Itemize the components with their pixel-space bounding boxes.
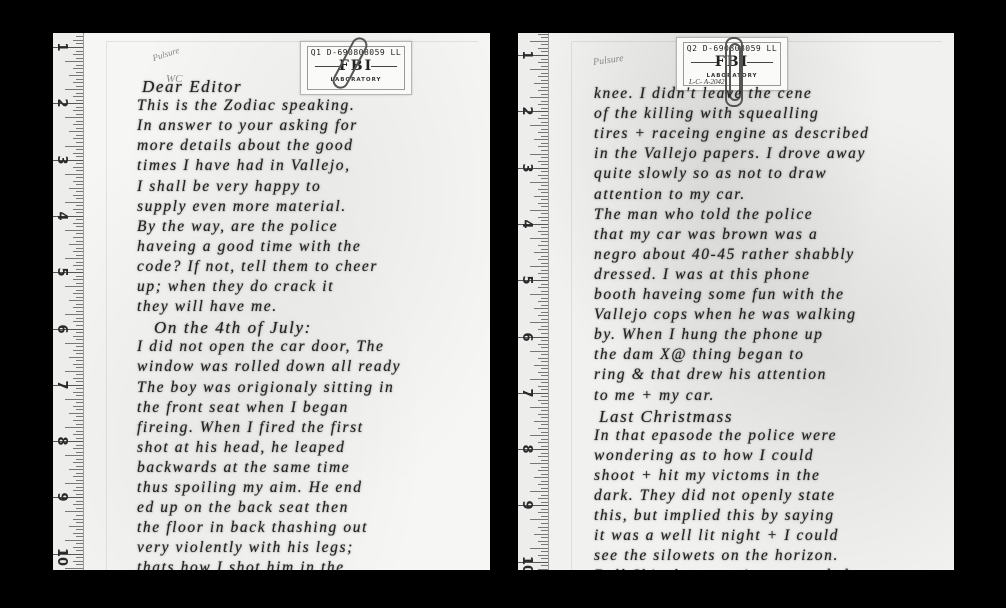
ruler-tick: [76, 269, 83, 270]
ruler-tick: [76, 311, 83, 312]
letter-line: knee. I didn't leave the cene: [594, 85, 812, 103]
ruler-tick: [65, 258, 83, 259]
ruler-tick: [541, 150, 548, 151]
ruler-number: 6: [520, 331, 532, 343]
ruler-number: 1: [55, 41, 67, 53]
ruler-tick: [541, 368, 548, 369]
ruler-tick: [76, 543, 83, 544]
letter-line: Bull Shit that area is sarrounded: [594, 567, 849, 570]
letter-line: The boy was origionaly sitting in: [137, 379, 394, 397]
ruler-tick: [73, 462, 83, 463]
letter-line: dark. They did not openly state: [594, 487, 836, 505]
ruler-tick: [538, 358, 548, 359]
ruler-tick: [541, 403, 548, 404]
ruler-tick: [541, 410, 548, 411]
ruler-tick: [69, 131, 83, 132]
letter-line: wondering as to how I could: [594, 447, 814, 465]
ruler-tick: [530, 125, 548, 126]
ruler-tick: [541, 115, 548, 116]
ruler-tick: [541, 234, 548, 235]
ruler-number: 9: [55, 491, 67, 503]
ruler-tick: [76, 416, 83, 417]
ruler-tick: [541, 481, 548, 482]
ruler-tick: [73, 138, 83, 139]
ruler-tick: [76, 473, 83, 474]
letter-paper: Pulsure Q2 D-690808059 LL FBI LABORATORY…: [549, 33, 954, 570]
ruler-tick: [530, 463, 548, 464]
ruler-tick: [541, 298, 548, 299]
measuring-ruler: 12345678910: [53, 33, 84, 570]
ruler-tick: [69, 188, 83, 189]
ruler-tick: [538, 372, 548, 373]
ruler-tick: [69, 357, 83, 358]
ruler-tick: [76, 241, 83, 242]
ruler-tick: [541, 389, 548, 390]
ruler-tick: [76, 466, 83, 467]
ruler-tick: [541, 185, 548, 186]
ruler-tick: [76, 163, 83, 164]
ruler-tick: [530, 351, 548, 352]
ruler-tick: [76, 332, 83, 333]
ruler-tick: [76, 431, 83, 432]
ruler-tick: [538, 34, 548, 35]
letter-line: The man who told the police: [594, 206, 813, 224]
ruler-tick: [73, 209, 83, 210]
ruler-tick: [73, 476, 83, 477]
ruler-tick: [541, 565, 548, 566]
ruler-number: 2: [520, 105, 532, 117]
ruler-tick: [538, 231, 548, 232]
ruler-tick: [76, 114, 83, 115]
ruler-tick: [541, 241, 548, 242]
letter-line: I did not open the car door, The: [137, 338, 385, 356]
ruler-tick: [538, 146, 548, 147]
ruler-tick: [541, 446, 548, 447]
ruler-tick: [541, 396, 548, 397]
ruler-tick: [541, 263, 548, 264]
letter-line: Dear Editor: [142, 77, 242, 97]
ruler-tick: [76, 360, 83, 361]
letter-page-1: 12345678910 Pulsure WC Q1 D-690808059 LL…: [53, 33, 490, 570]
ruler-tick: [76, 156, 83, 157]
ruler-tick: [73, 406, 83, 407]
ruler-tick: [538, 217, 548, 218]
ruler-tick: [76, 522, 83, 523]
ruler-tick: [76, 86, 83, 87]
ruler-tick: [76, 402, 83, 403]
ruler-tick: [538, 301, 548, 302]
ruler-tick: [65, 89, 83, 90]
ruler-tick: [76, 459, 83, 460]
ruler-tick: [73, 195, 83, 196]
ruler-tick: [541, 108, 548, 109]
ruler-tick: [541, 143, 548, 144]
ruler-tick: [76, 128, 83, 129]
ruler-tick: [541, 537, 548, 538]
ruler-tick: [76, 501, 83, 502]
letter-line: shot at his head, he leaped: [137, 439, 346, 457]
ruler-tick: [76, 198, 83, 199]
ruler-tick: [538, 344, 548, 345]
ruler-tick: [541, 157, 548, 158]
ruler-tick: [538, 555, 548, 556]
ruler-tick: [541, 192, 548, 193]
ruler-tick: [76, 149, 83, 150]
ruler-tick: [65, 399, 83, 400]
ruler-tick: [76, 395, 83, 396]
letter-paper: Pulsure WC Q1 D-690808059 LL FBI LABORAT…: [84, 33, 490, 570]
ruler-tick: [73, 68, 83, 69]
ruler-tick: [541, 509, 548, 510]
ruler-tick: [69, 413, 83, 414]
ruler-tick: [530, 491, 548, 492]
ruler-tick: [65, 343, 83, 344]
ruler-number: 3: [520, 162, 532, 174]
ruler-tick: [534, 534, 548, 535]
ruler-tick: [538, 76, 548, 77]
ruler-tick: [538, 484, 548, 485]
ruler-tick: [65, 483, 83, 484]
ruler-tick: [73, 181, 83, 182]
letter-line: Vallejo cops when he was walking: [594, 306, 857, 324]
letter-line: I shall be very happy to: [137, 178, 321, 196]
ruler-tick: [541, 206, 548, 207]
ruler-tick: [541, 94, 548, 95]
ruler-tick: [541, 66, 548, 67]
ruler-tick: [76, 346, 83, 347]
ruler-tick: [65, 230, 83, 231]
ruler-tick: [76, 58, 83, 59]
ruler-tick: [76, 36, 83, 37]
ruler-tick: [538, 541, 548, 542]
ruler-tick: [538, 287, 548, 288]
ruler-tick: [73, 279, 83, 280]
ruler-tick: [541, 354, 548, 355]
ruler-tick: [530, 407, 548, 408]
letter-line: the floor in back thashing out: [137, 519, 368, 537]
letter-line: supply even more material.: [137, 198, 347, 216]
letter-line: This is the Zodiac speaking.: [137, 97, 355, 115]
ruler-tick: [538, 456, 548, 457]
ruler-tick: [538, 90, 548, 91]
ruler-tick: [65, 202, 83, 203]
ruler-tick: [76, 107, 83, 108]
ruler-tick: [538, 273, 548, 274]
ruler-tick: [541, 73, 548, 74]
letter-line: by. When I hung the phone up: [594, 326, 823, 344]
ruler-tick: [541, 101, 548, 102]
ruler-tick: [538, 527, 548, 528]
ruler-tick: [76, 550, 83, 551]
letter-line: ed up on the back seat then: [137, 499, 349, 517]
ruler-tick: [541, 178, 548, 179]
ruler-tick: [76, 93, 83, 94]
ruler-tick: [65, 286, 83, 287]
ruler-tick: [73, 392, 83, 393]
ruler-tick: [541, 439, 548, 440]
ruler-tick: [530, 182, 548, 183]
ruler-tick: [76, 367, 83, 368]
ruler-tick: [538, 104, 548, 105]
ruler-tick: [65, 146, 83, 147]
ruler-tick: [538, 118, 548, 119]
ruler-tick: [541, 488, 548, 489]
ruler-tick: [541, 333, 548, 334]
ruler-tick: [541, 551, 548, 552]
ruler-tick: [541, 220, 548, 221]
ruler-tick: [534, 308, 548, 309]
ruler-tick: [73, 251, 83, 252]
letter-line: in the Vallejo papers. I drove away: [594, 145, 866, 163]
ruler-number: 9: [520, 499, 532, 511]
ruler-tick: [530, 210, 548, 211]
ruler-tick: [73, 153, 83, 154]
ruler-tick: [534, 139, 548, 140]
ruler-tick: [538, 569, 548, 570]
letter-line: to me + my car.: [594, 387, 715, 405]
ruler-tick: [69, 244, 83, 245]
ruler-tick: [76, 564, 83, 565]
letter-line: the front seat when I began: [137, 399, 349, 417]
ruler-tick: [73, 54, 83, 55]
ruler-tick: [76, 290, 83, 291]
ruler-tick: [73, 124, 83, 125]
ruler-tick: [76, 233, 83, 234]
ruler-tick: [541, 277, 548, 278]
ruler-tick: [541, 213, 548, 214]
letter-line: that my car was brown was a: [594, 226, 818, 244]
letter-line: shoot + hit my victoms in the: [594, 467, 820, 485]
ruler-tick: [530, 266, 548, 267]
ruler-tick: [73, 519, 83, 520]
letter-line: very violently with his legs;: [137, 539, 354, 557]
ruler-tick: [541, 284, 548, 285]
ruler-tick: [538, 386, 548, 387]
lab-label: LABORATORY: [301, 77, 411, 83]
ruler-tick: [541, 164, 548, 165]
ruler-tick: [541, 340, 548, 341]
ruler-tick: [541, 319, 548, 320]
ruler-tick: [530, 97, 548, 98]
ruler-tick: [76, 487, 83, 488]
ruler-tick: [530, 154, 548, 155]
ruler-tick: [73, 504, 83, 505]
ruler-tick: [65, 61, 83, 62]
ruler-tick: [530, 379, 548, 380]
ruler-tick: [76, 262, 83, 263]
ruler-tick: [69, 300, 83, 301]
ruler-tick: [76, 304, 83, 305]
ruler-number: 3: [55, 154, 67, 166]
ruler-number: 4: [55, 210, 67, 222]
letter-line: On the 4th of July:: [154, 318, 312, 338]
ruler-tick: [76, 248, 83, 249]
ruler-tick: [541, 417, 548, 418]
ruler-tick: [76, 142, 83, 143]
ruler-tick: [538, 203, 548, 204]
ruler-tick: [534, 421, 548, 422]
ruler-tick: [73, 547, 83, 548]
ruler-tick: [76, 353, 83, 354]
ruler-tick: [65, 568, 83, 569]
ruler-tick: [76, 409, 83, 410]
letter-line: this, but implied this by saying: [594, 507, 835, 525]
ruler-tick: [76, 135, 83, 136]
ruler-tick: [541, 361, 548, 362]
ruler-tick: [76, 79, 83, 80]
ruler-tick: [76, 255, 83, 256]
ruler-tick: [538, 62, 548, 63]
letter-line: haveing a good time with the: [137, 238, 361, 256]
ruler-tick: [76, 177, 83, 178]
ruler-tick: [538, 414, 548, 415]
ruler-tick: [73, 490, 83, 491]
ruler-tick: [534, 83, 548, 84]
ruler-tick: [76, 445, 83, 446]
letter-line: code? If not, tell them to cheer: [137, 258, 378, 276]
ruler-tick: [541, 256, 548, 257]
ruler-number: 7: [520, 387, 532, 399]
ruler-tick: [538, 189, 548, 190]
ruler-tick: [76, 205, 83, 206]
letter-line: quite slowly so as not to draw: [594, 165, 827, 183]
ruler-tick: [73, 420, 83, 421]
ruler-tick: [538, 245, 548, 246]
ruler-tick: [541, 80, 548, 81]
letter-line: thats how I shot him in the: [137, 559, 345, 570]
ruler-tick: [76, 480, 83, 481]
letter-line: it was a well lit night + I could: [594, 527, 839, 545]
ruler-tick: [73, 350, 83, 351]
ruler-tick: [541, 474, 548, 475]
ruler-number: 2: [55, 97, 67, 109]
letter-line: booth haveing some fun with the: [594, 286, 845, 304]
ruler-tick: [73, 321, 83, 322]
ruler-tick: [541, 544, 548, 545]
ruler-tick: [73, 223, 83, 224]
letter-line: window was rolled down all ready: [137, 358, 401, 376]
ruler-tick: [538, 428, 548, 429]
ruler-tick: [76, 276, 83, 277]
ruler-tick: [76, 219, 83, 220]
ruler-number: 5: [520, 274, 532, 286]
ruler-tick: [65, 427, 83, 428]
ruler-tick: [538, 259, 548, 260]
ruler-number: 5: [55, 266, 67, 278]
ruler-tick: [76, 529, 83, 530]
ruler-tick: [76, 318, 83, 319]
ruler-tick: [534, 252, 548, 253]
ruler-tick: [541, 37, 548, 38]
ruler-tick: [541, 227, 548, 228]
ruler-tick: [541, 171, 548, 172]
ruler-tick: [76, 536, 83, 537]
letter-line: see the silowets on the horizon.: [594, 547, 839, 565]
ruler-number: 4: [520, 218, 532, 230]
ruler-tick: [76, 557, 83, 558]
letter-line: thus spoiling my aim. He end: [137, 479, 363, 497]
ruler-tick: [73, 265, 83, 266]
ruler-tick: [65, 174, 83, 175]
ruler-tick: [530, 519, 548, 520]
ruler-tick: [76, 226, 83, 227]
ruler-tick: [73, 40, 83, 41]
ruler-tick: [73, 561, 83, 562]
ruler-tick: [541, 382, 548, 383]
ruler-tick: [76, 121, 83, 122]
ruler-tick: [69, 469, 83, 470]
ruler-number: 8: [55, 435, 67, 447]
ruler-tick: [530, 238, 548, 239]
ruler-tick: [541, 305, 548, 306]
ruler-tick: [65, 371, 83, 372]
ruler-tick: [73, 96, 83, 97]
ruler-tick: [73, 307, 83, 308]
letter-line: up; when they do crack it: [137, 278, 334, 296]
ruler-tick: [73, 364, 83, 365]
ruler-tick: [76, 374, 83, 375]
ruler-tick: [541, 424, 548, 425]
ruler-tick: [541, 502, 548, 503]
ruler-tick: [73, 167, 83, 168]
ruler-tick: [534, 477, 548, 478]
ruler-tick: [73, 378, 83, 379]
ruler-tick: [541, 530, 548, 531]
ruler-tick: [73, 237, 83, 238]
letter-line: more details about the good: [137, 137, 354, 155]
letter-line: Last Christmass: [599, 407, 733, 427]
ruler-tick: [541, 270, 548, 271]
ruler-tick: [538, 161, 548, 162]
ruler-tick: [76, 515, 83, 516]
letter-line: of the killing with squealling: [594, 105, 819, 123]
ruler-tick: [76, 65, 83, 66]
ruler-tick: [76, 508, 83, 509]
ruler-tick: [65, 117, 83, 118]
ruler-tick: [76, 452, 83, 453]
ruler-tick: [73, 336, 83, 337]
letter-page-2: 12345678910 Pulsure Q2 D-690808059 LL FB…: [518, 33, 954, 570]
ruler-tick: [73, 293, 83, 294]
ruler-tick: [541, 347, 548, 348]
letter-line: times I have had in Vallejo,: [137, 157, 351, 175]
ruler-tick: [76, 388, 83, 389]
letter-line: tires + raceing engine as described: [594, 125, 870, 143]
ruler-tick: [541, 495, 548, 496]
ruler-tick: [65, 511, 83, 512]
ruler-tick: [541, 460, 548, 461]
ruler-tick: [76, 438, 83, 439]
ruler-tick: [538, 329, 548, 330]
ruler-tick: [541, 51, 548, 52]
ruler-tick: [530, 294, 548, 295]
ruler-tick: [538, 442, 548, 443]
letter-line: fireing. When I fired the first: [137, 419, 364, 437]
ruler-tick: [530, 41, 548, 42]
measuring-ruler: 12345678910: [518, 33, 549, 570]
ruler-tick: [73, 82, 83, 83]
ruler-tick: [541, 558, 548, 559]
ruler-tick: [76, 424, 83, 425]
ruler-tick: [541, 59, 548, 60]
ruler-tick: [538, 400, 548, 401]
ruler-tick: [530, 435, 548, 436]
letter-line: By the way, are the police: [137, 218, 338, 236]
ruler-tick: [76, 191, 83, 192]
ruler-tick: [541, 136, 548, 137]
ruler-tick: [76, 170, 83, 171]
ruler-number: 1: [520, 49, 532, 61]
